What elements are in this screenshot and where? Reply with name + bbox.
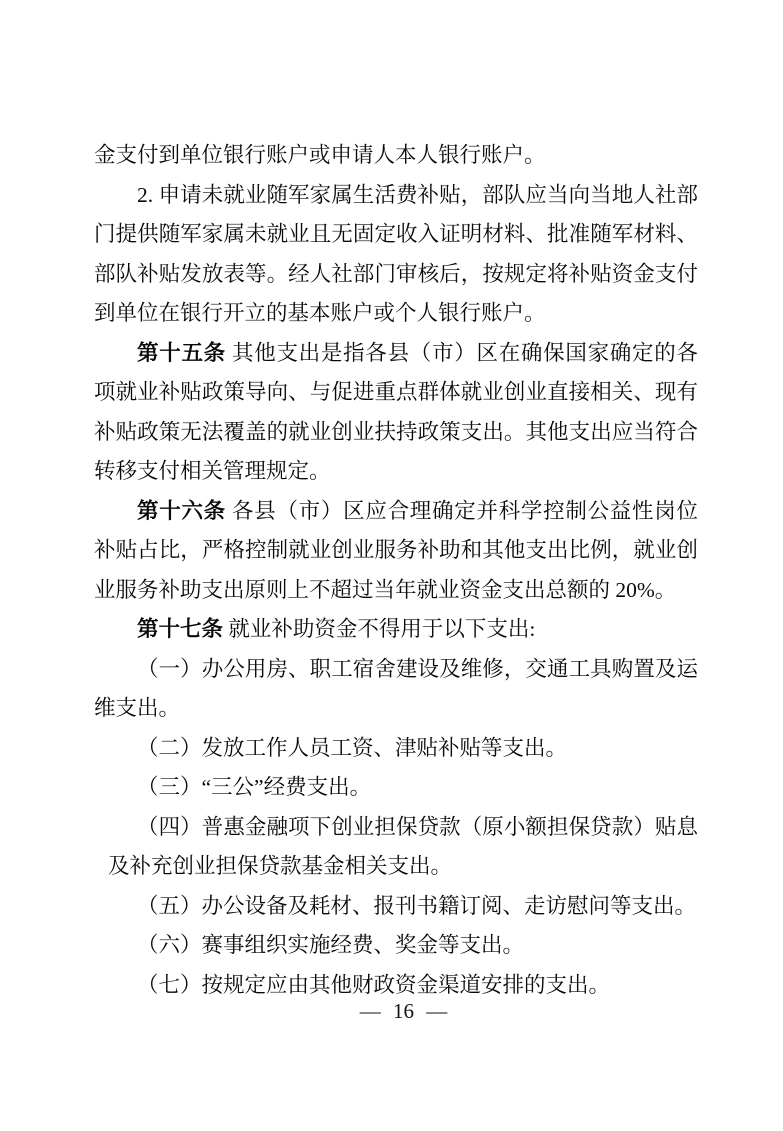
article-15-paragraph: 第十五条 其他支出是指各县（市）区在确保国家确定的各项就业补贴政策导向、与促进重… bbox=[94, 334, 698, 492]
paragraph-text: 2. 申请未就业随军家属生活费补贴，部队应当向当地人社部门提供随军家属未就业且无… bbox=[94, 183, 698, 326]
page-number: — 16 — bbox=[12, 999, 783, 1023]
paragraph-text: （二）发放工作人员工资、津贴补贴等支出。 bbox=[137, 736, 567, 760]
list-item-6: （六）赛事组织实施经费、奖金等支出。 bbox=[94, 926, 698, 966]
list-item-5: （五）办公设备及耗材、报刊书籍订阅、走访慰问等支出。 bbox=[94, 887, 698, 927]
paragraph-text: 金支付到单位银行账户或申请人本人银行账户。 bbox=[94, 143, 546, 167]
list-item-1: （一）办公用房、职工宿舍建设及维修，交通工具购置及运维支出。 bbox=[94, 650, 698, 729]
article-16-heading: 第十六条 bbox=[137, 499, 226, 523]
body-paragraph-continuation: 金支付到单位银行账户或申请人本人银行账户。 bbox=[94, 136, 698, 176]
paragraph-text: （一）办公用房、职工宿舍建设及维修，交通工具购置及运维支出。 bbox=[94, 657, 698, 721]
paragraph-text: 就业补助资金不得用于以下支出: bbox=[223, 617, 535, 641]
list-item-4: （四）普惠金融项下创业担保贷款（原小额担保贷款）贴息及补充创业担保贷款基金相关支… bbox=[94, 808, 698, 887]
paragraph-text: （五）办公设备及耗材、报刊书籍订阅、走访慰问等支出。 bbox=[137, 894, 696, 918]
list-item-2: （二）发放工作人员工资、津贴补贴等支出。 bbox=[94, 729, 698, 769]
paragraph-text: （六）赛事组织实施经费、奖金等支出。 bbox=[137, 933, 524, 957]
body-paragraph-item-2: 2. 申请未就业随军家属生活费补贴，部队应当向当地人社部门提供随军家属未就业且无… bbox=[94, 176, 698, 334]
article-17-heading: 第十七条 bbox=[137, 617, 223, 641]
paragraph-text: （四）普惠金融项下创业担保贷款（原小额担保贷款）贴息及补充创业担保贷款基金相关支… bbox=[108, 815, 698, 879]
paragraph-text: （七）按规定应由其他财政资金渠道安排的支出。 bbox=[137, 973, 610, 997]
article-16-paragraph: 第十六条 各县（市）区应合理确定并科学控制公益性岗位补贴占比，严格控制就业创业服… bbox=[94, 492, 698, 611]
page-body: 金支付到单位银行账户或申请人本人银行账户。 2. 申请未就业随军家属生活费补贴，… bbox=[94, 136, 698, 1005]
article-17-paragraph: 第十七条 就业补助资金不得用于以下支出: bbox=[94, 610, 698, 650]
article-15-heading: 第十五条 bbox=[137, 341, 226, 365]
list-item-3: （三）“三公”经费支出。 bbox=[94, 768, 698, 808]
paragraph-text: （三）“三公”经费支出。 bbox=[137, 775, 371, 799]
document-page: 金支付到单位银行账户或申请人本人银行账户。 2. 申请未就业随军家属生活费补贴，… bbox=[0, 0, 783, 1131]
